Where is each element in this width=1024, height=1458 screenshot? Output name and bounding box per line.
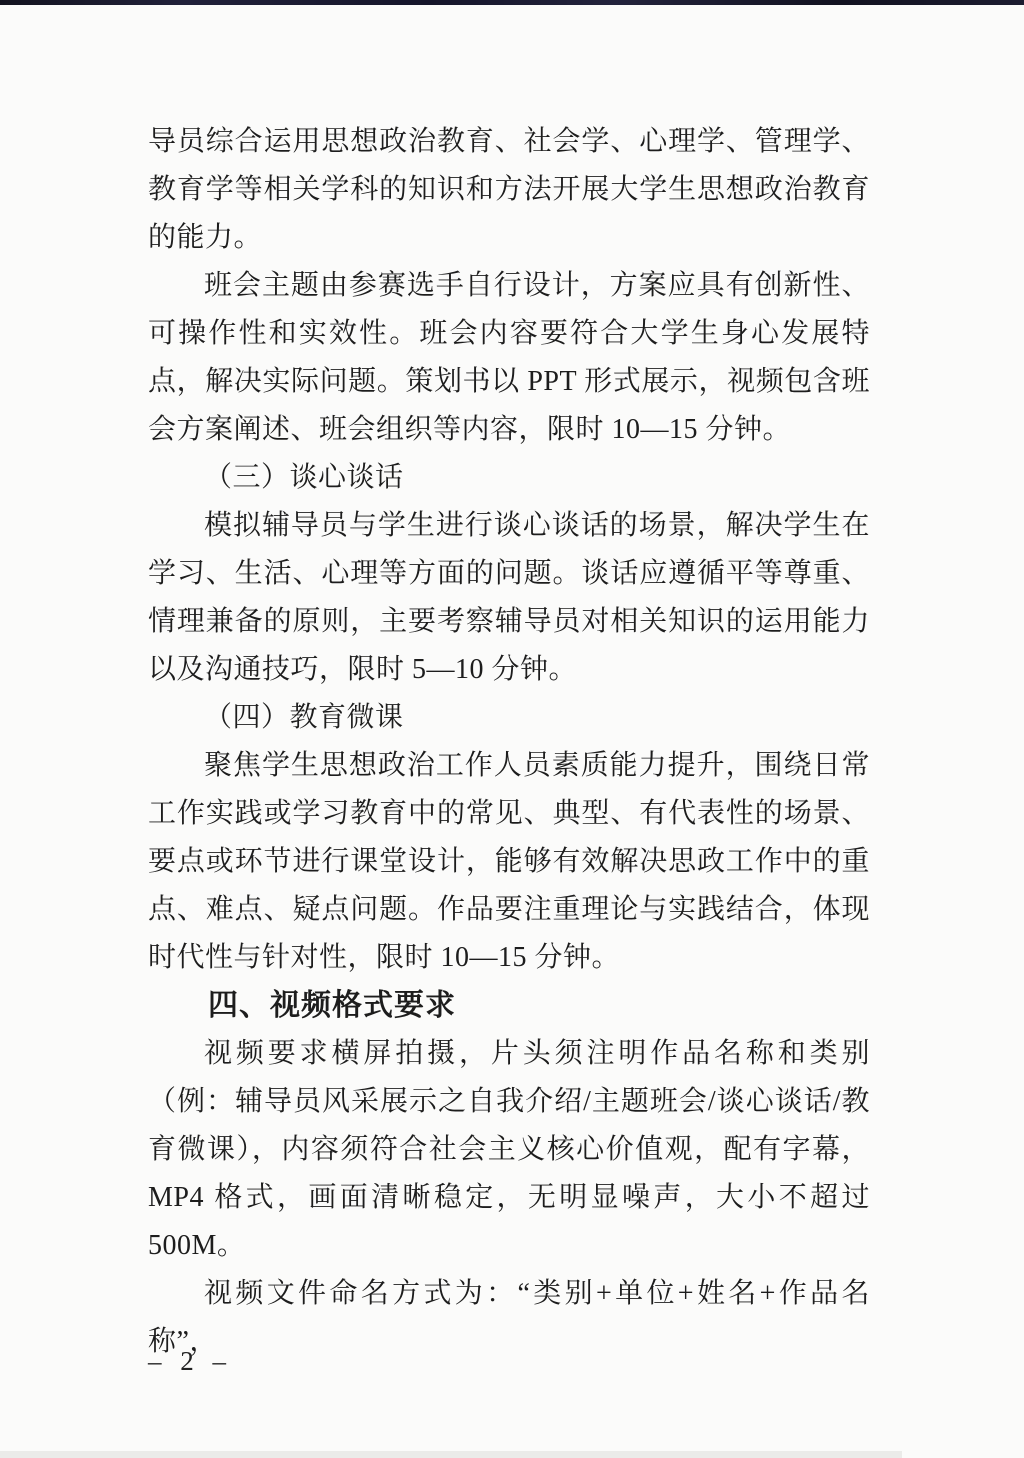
paragraph-class-meeting: 班会主题由参赛选手自行设计，方案应具有创新性、可操作性和实效性。班会内容要符合大… [148,262,870,454]
subsection-heading-heart-to-heart-talk: （三）谈心谈话 [148,454,870,502]
section-heading-video-format-requirements: 四、视频格式要求 [148,982,870,1030]
paragraph-heart-to-heart-talk: 模拟辅导员与学生进行谈心谈话的场景，解决学生在学习、生活、心理等方面的问题。谈话… [148,502,870,694]
scanned-document-page: 导员综合运用思想政治教育、社会学、心理学、管理学、教育学等相关学科的知识和方法开… [0,0,1024,1458]
page-number: – 2 – [148,1346,228,1377]
paragraph-education-micro-lecture: 聚焦学生思想政治工作人员素质能力提升，围绕日常工作实践或学习教育中的常见、典型、… [148,742,870,982]
paragraph-video-format: 视频要求横屏拍摄，片头须注明作品名称和类别（例：辅导员风采展示之自我介绍/主题班… [148,1030,870,1270]
scan-bottom-edge-artifact [0,1451,902,1458]
document-body: 导员综合运用思想政治教育、社会学、心理学、管理学、教育学等相关学科的知识和方法开… [148,118,870,1366]
paragraph-video-file-naming: 视频文件命名方式为：“类别+单位+姓名+作品名称”， [148,1270,870,1366]
subsection-heading-education-micro-lecture: （四）教育微课 [148,694,870,742]
paragraph-continuation: 导员综合运用思想政治教育、社会学、心理学、管理学、教育学等相关学科的知识和方法开… [148,118,870,262]
page-top-border [0,0,1024,5]
